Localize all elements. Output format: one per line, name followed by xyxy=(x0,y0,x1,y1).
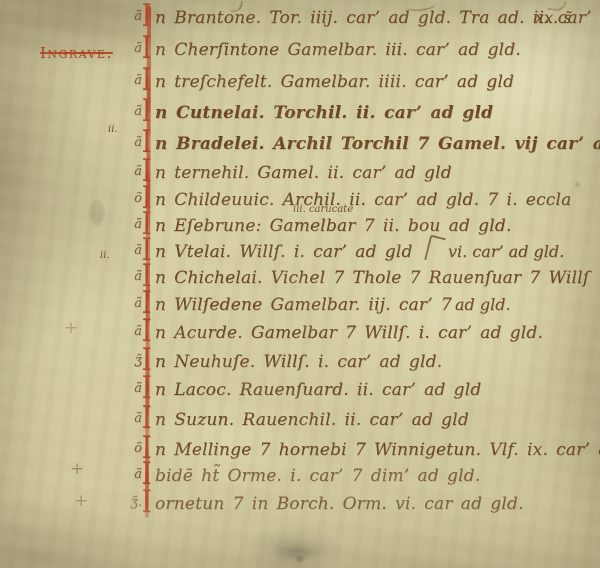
margin-sigla: ã xyxy=(112,73,142,88)
entry-text: n Lacoc. Rauenſuard. ii. car’ ad gld xyxy=(155,380,481,400)
margin-sigla: ã xyxy=(112,217,142,232)
entry-text: n Vtelai. Willſ. i. car’ ad gld xyxy=(155,242,413,262)
rubric-initial: I xyxy=(142,64,150,96)
entry-line: ã I bidē ht̃ Orme. i. car’ 7 dim’ ad gld… xyxy=(0,463,600,491)
manuscript-page: Ingrave. + + + ii. ii. iii. carucate ã I… xyxy=(0,0,600,568)
entry-line: ʒ̃ I n Neuhuſe. Willſ. i. car’ ad gld. xyxy=(0,349,600,377)
entry-text: ornetun 7 in Borch. Orm. vi. car ad gld. xyxy=(155,494,524,514)
parchment-speck xyxy=(296,556,304,562)
entry-text: n Childeuuic. Archil. ii. car’ ad gld. 7… xyxy=(155,190,572,210)
entry-line: ʒ̃. I ornetun 7 in Borch. Orm. vi. car a… xyxy=(0,491,600,519)
entry-text: n Cutnelai. Torchil. ii. car’ ad gld xyxy=(155,103,493,123)
margin-sigla: ã xyxy=(112,324,142,339)
entry-line: ã I n Acurde. Gamelbar 7 Willſ. i. car’ … xyxy=(0,320,600,348)
entry-text: n Cherſintone Gamelbar. iii. car’ ad gld… xyxy=(155,40,521,60)
entry-text: n Mellinge 7 hornebi 7 Winnigetun. Vlf. … xyxy=(155,440,600,460)
entry-right-note: xx. s̃ xyxy=(535,8,571,27)
entry-line: ã I n ternehil. Gamel. ii. car’ ad gld xyxy=(0,160,600,188)
parchment-speck xyxy=(90,200,104,226)
entry-right-note: ad gld. xyxy=(455,295,511,314)
margin-sigla: ã xyxy=(112,164,142,179)
margin-sigla: ã xyxy=(112,269,142,284)
entry-line: ã I n Brantone. Tor. iiij. car’ ad gld. … xyxy=(0,5,600,33)
margin-sigla: ʒ̃ xyxy=(112,353,142,368)
margin-sigla: ã xyxy=(112,104,142,119)
entry-line: ã I n treſchefelt. Gamelbar. iiii. car’ … xyxy=(0,69,600,97)
entry-line: õ I n Mellinge 7 hornebi 7 Winnigetun. V… xyxy=(0,437,600,465)
entry-text: n Wilſedene Gamelbar. iij. car’ 7 xyxy=(155,295,452,315)
rubric-initial: I xyxy=(142,0,150,32)
entry-line: ã I n Vtelai. Willſ. i. car’ ad gld vi. … xyxy=(0,239,600,267)
entry-text: n treſchefelt. Gamelbar. iiii. car’ ad g… xyxy=(155,72,514,92)
entry-line: ã I n Bradelei. Archil Torchil 7 Gamel. … xyxy=(0,131,600,159)
entry-text: n Acurde. Gamelbar 7 Willſ. i. car’ ad g… xyxy=(155,323,543,343)
margin-sigla: ã xyxy=(112,41,142,56)
rubric-initial: I xyxy=(142,32,150,64)
entry-text: n Neuhuſe. Willſ. i. car’ ad gld. xyxy=(155,352,442,372)
entry-line: ã I n Suzun. Rauenchil. ii. car’ ad gld xyxy=(0,407,600,435)
margin-sigla: ã xyxy=(112,9,142,24)
entry-text: bidē ht̃ Orme. i. car’ 7 dim’ ad gld. xyxy=(155,466,480,486)
entry-text: n Eſebrune: Gamelbar 7 ii. bou ad gld. xyxy=(155,216,512,236)
entry-text: n Brantone. Tor. iiij. car’ ad gld. Tra … xyxy=(155,8,592,28)
margin-sigla: ʒ̃. xyxy=(112,495,142,510)
margin-sigla: õ xyxy=(112,441,142,456)
margin-sigla: ã xyxy=(112,381,142,396)
entry-right-note: vi. car’ ad gld. xyxy=(448,242,564,261)
margin-sigla: ã xyxy=(112,467,142,482)
entry-line: ã I n Cherſintone Gamelbar. iii. car’ ad… xyxy=(0,37,600,65)
parchment-speck xyxy=(575,182,580,187)
margin-sigla: ã xyxy=(112,296,142,311)
rubric-initial: I xyxy=(142,486,150,518)
rubric-initial: I xyxy=(142,95,150,127)
margin-sigla: ã xyxy=(112,411,142,426)
margin-sigla: õ xyxy=(112,191,142,206)
entry-text: n Chichelai. Vichel 7 Thole 7 Rauenſuar … xyxy=(155,268,589,288)
entry-line: ã I n Wilſedene Gamelbar. iij. car’ 7 ad… xyxy=(0,292,600,320)
entry-text: n Bradelei. Archil Torchil 7 Gamel. vij … xyxy=(155,134,600,154)
entry-text: n ternehil. Gamel. ii. car’ ad gld xyxy=(155,163,452,183)
margin-sigla: ã xyxy=(112,243,142,258)
margin-sigla: ã xyxy=(112,135,142,150)
entry-line: ã I n Chichelai. Vichel 7 Thole 7 Rauenſ… xyxy=(0,265,600,293)
entry-text: n Suzun. Rauenchil. ii. car’ ad gld xyxy=(155,410,469,430)
entry-line: ã I n Lacoc. Rauenſuard. ii. car’ ad gld xyxy=(0,377,600,405)
entry-line: ã I n Cutnelai. Torchil. ii. car’ ad gld xyxy=(0,100,600,128)
